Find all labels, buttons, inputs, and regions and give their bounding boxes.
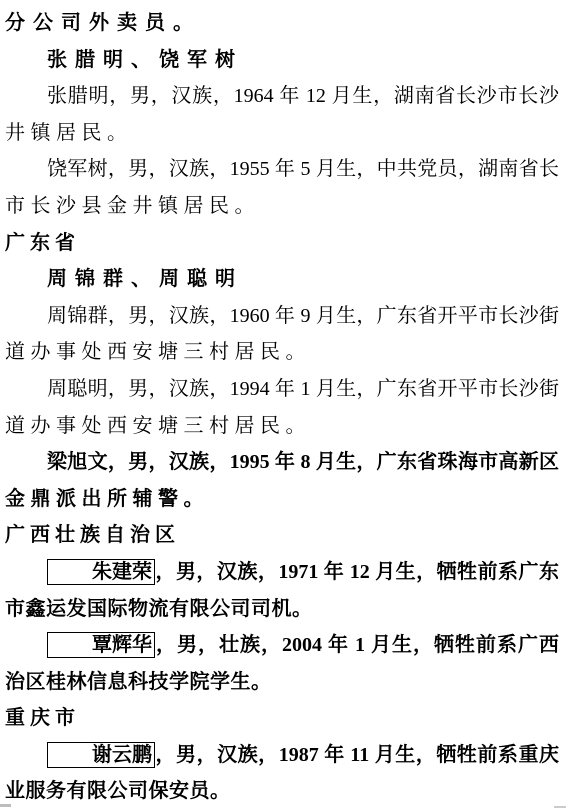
text-line: 张腊明、饶军树 [5, 42, 559, 79]
text-line: 井镇居民。 [5, 115, 559, 152]
text-line: 市长沙县金井镇居民。 [5, 188, 559, 225]
text-line: 饶军树，男，汉族，1955 年 5 月生，中共党员，湖南省长沙 [5, 151, 559, 188]
boxed-name: 谢云鹏 [47, 742, 155, 768]
text-line: 朱建荣，男，汉族，1971 年 12 月生，牺牲前系广东省深圳 [5, 554, 559, 591]
section-heading: 广东省 [5, 225, 559, 262]
text-line: 市鑫运发国际物流有限公司司机。 [5, 591, 559, 628]
text-line: 道办事处西安塘三村居民。 [5, 408, 559, 445]
text-line: 周锦群、周聪明 [5, 261, 559, 298]
text-line: 治区桂林信息科技学院学生。 [5, 664, 559, 701]
document-page: 分公司外卖员。张腊明、饶军树张腊明，男，汉族，1964 年 12 月生，湖南省长… [0, 0, 566, 810]
text-line: 业服务有限公司保安员。 [5, 773, 559, 810]
text-line: 梁旭文，男，汉族，1995 年 8 月生，广东省珠海市高新区 [5, 444, 559, 481]
document-text: 分公司外卖员。张腊明、饶军树张腊明，男，汉族，1964 年 12 月生，湖南省长… [5, 5, 559, 810]
section-heading: 广西壮族自治区 [5, 517, 559, 554]
text-line: 谢云鹏，男，汉族，1987 年 11 月生，牺牲前系重庆同景物 [5, 737, 559, 774]
boxed-name: 覃辉华 [47, 632, 155, 658]
boxed-name: 朱建荣 [47, 559, 155, 585]
section-heading: 重庆市 [5, 700, 559, 737]
page-boundary-mark-right [554, 806, 566, 808]
text-line: 金鼎派出所辅警。 [5, 481, 559, 518]
text-line: 道办事处西安塘三村居民。 [5, 334, 559, 371]
text-line: 覃辉华，男，壮族，2004 年 1 月生，牺牲前系广西壮族自 [5, 627, 559, 664]
text-line: 分公司外卖员。 [5, 5, 559, 42]
page-boundary-mark-left [0, 804, 11, 807]
text-line: 周锦群，男，汉族，1960 年 9 月生，广东省开平市长沙街 [5, 298, 559, 335]
text-line: 张腊明，男，汉族，1964 年 12 月生，湖南省长沙市长沙县金 [5, 78, 559, 115]
text-line: 周聪明，男，汉族，1994 年 1 月生，广东省开平市长沙街 [5, 371, 559, 408]
